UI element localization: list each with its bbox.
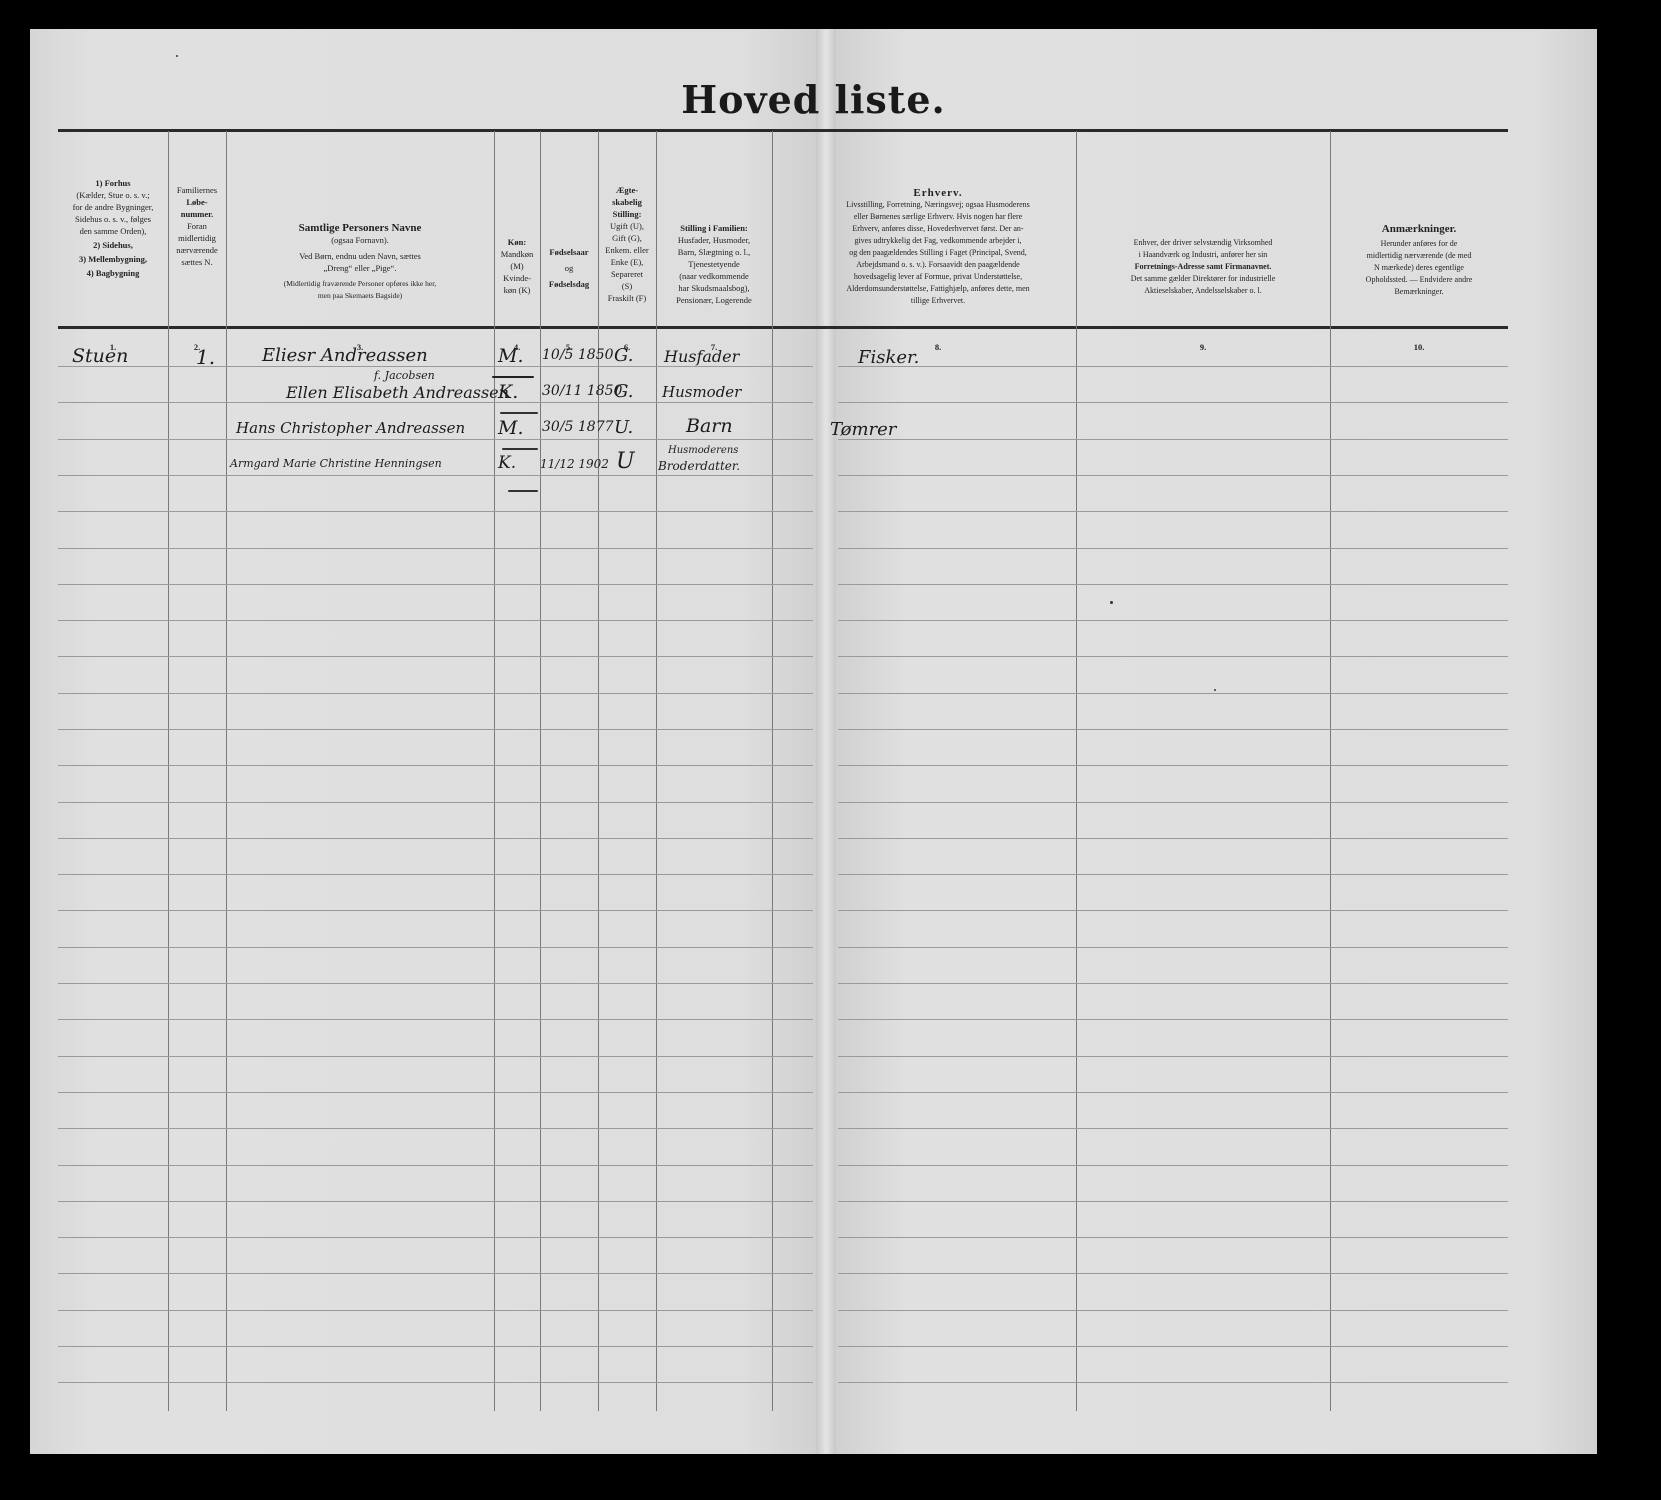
row-rule <box>838 1128 1508 1129</box>
row-rule <box>838 656 1508 657</box>
row-rule <box>838 1382 1508 1383</box>
row-rule <box>838 1056 1508 1057</box>
row-rule <box>58 802 813 803</box>
row-rule <box>838 366 1508 367</box>
entry-birth: 11/12 1902 <box>540 457 609 471</box>
row-rule <box>58 402 813 403</box>
row-rule <box>838 620 1508 621</box>
column-number: 9. <box>1076 342 1330 352</box>
entry-birth: 10/5 1850 <box>542 347 614 363</box>
entry-name-note: f. Jacobsen <box>374 369 435 382</box>
row-rule <box>838 439 1508 440</box>
pen-stroke <box>500 412 538 414</box>
row-rule <box>58 1237 813 1238</box>
row-rule <box>838 402 1508 403</box>
row-rule <box>838 1237 1508 1238</box>
row-rule <box>838 947 1508 948</box>
entry-occupation: Tømrer <box>830 419 896 440</box>
row-rule <box>58 729 813 730</box>
row-rule <box>838 802 1508 803</box>
row-rule <box>58 1092 813 1093</box>
pen-stroke <box>492 376 534 378</box>
row-rule <box>58 1056 813 1057</box>
entry-marital-status: G. <box>614 381 633 402</box>
entry-name: Ellen Elisabeth Andreassen <box>286 383 509 402</box>
row-rule <box>838 1019 1508 1020</box>
row-rule <box>838 584 1508 585</box>
row-rule <box>58 838 813 839</box>
entry-name: Hans Christopher Andreassen <box>236 419 465 437</box>
row-rule <box>838 1346 1508 1347</box>
column-number: 10. <box>1330 342 1508 352</box>
entry-family-position: Broderdatter. <box>658 459 740 473</box>
row-rule <box>58 1201 813 1202</box>
column-header-3: Samtlige Personers Navne (ogsaa Fornavn)… <box>226 222 494 302</box>
entry-marital-status: G. <box>614 345 633 366</box>
column-header-8: Erhverv. Livsstilling, Forretning, Nærin… <box>800 187 1076 307</box>
row-rule <box>838 511 1508 512</box>
entry-birth: 30/11 1850 <box>542 383 622 399</box>
row-rule <box>838 983 1508 984</box>
row-rule <box>838 729 1508 730</box>
row-rule <box>838 1201 1508 1202</box>
row-rule <box>838 910 1508 911</box>
row-rule <box>58 1310 813 1311</box>
census-form-page: Hoved liste. 1) Forhus (Kælder, Stue o. … <box>30 29 1597 1454</box>
row-rule <box>838 838 1508 839</box>
column-header-5: Fødselsaar og Fødselsdag <box>540 244 598 292</box>
entry-name: Eliesr Andreassen <box>262 345 428 366</box>
row-rule <box>58 693 813 694</box>
column-header-10: Anmærkninger. Herunder anføres for de mi… <box>1330 223 1508 298</box>
row-rule <box>838 1310 1508 1311</box>
row-rule <box>58 439 813 440</box>
row-rule <box>838 1165 1508 1166</box>
row-rule <box>58 656 813 657</box>
row-rule <box>58 584 813 585</box>
entry-building: Stuen <box>72 345 128 367</box>
row-rule <box>838 1092 1508 1093</box>
column-divider <box>1330 131 1331 1411</box>
entry-family-position-note: Husmoderens <box>668 445 738 456</box>
column-divider <box>772 131 773 1411</box>
column-header-1: 1) Forhus (Kælder, Stue o. s. v.; for de… <box>58 177 168 279</box>
entry-sex: K. <box>498 453 516 473</box>
paper-speck <box>1110 601 1113 604</box>
entry-marital-status: U. <box>614 417 633 438</box>
entry-family-position: Husfader <box>664 347 739 366</box>
row-rule <box>58 366 813 367</box>
paper-speck <box>1214 689 1216 691</box>
paper-speck <box>176 55 178 57</box>
entry-birth: 30/5 1877 <box>542 419 614 435</box>
entry-family-position: Barn <box>686 415 733 437</box>
column-header-2: Familiernes Løbe- nummer. Foran midlerti… <box>168 184 226 268</box>
column-header-9: Enhver, der driver selvstændig Virksomhe… <box>1076 237 1330 297</box>
column-number: 8. <box>800 342 1076 352</box>
row-rule <box>838 548 1508 549</box>
entry-marital-status: U <box>616 449 635 474</box>
row-rule <box>838 1273 1508 1274</box>
header-top-rule <box>58 129 1508 132</box>
entry-sex: M. <box>498 417 524 439</box>
row-rule <box>58 983 813 984</box>
column-divider <box>656 131 657 1411</box>
row-rule <box>58 1165 813 1166</box>
pen-stroke <box>508 490 538 492</box>
column-header-6: Ægte- skabelig Stilling: Ugift (U), Gift… <box>598 184 656 304</box>
column-divider <box>226 131 227 1411</box>
row-rule <box>58 548 813 549</box>
column-header-7: Stilling i Familien: Husfader, Husmoder,… <box>656 222 772 306</box>
row-rule <box>58 765 813 766</box>
entry-name: Armgard Marie Christine Henningsen <box>230 457 442 470</box>
row-rule <box>838 874 1508 875</box>
row-rule <box>58 1382 813 1383</box>
row-rule <box>838 693 1508 694</box>
row-rule <box>838 765 1508 766</box>
entry-sex: M. <box>498 345 524 367</box>
row-rule <box>58 874 813 875</box>
column-divider <box>598 131 599 1411</box>
column-divider <box>168 131 169 1411</box>
entry-family-position: Husmoder <box>662 383 741 401</box>
row-rule <box>58 1273 813 1274</box>
row-rule <box>838 475 1508 476</box>
column-header-4: Køn: Mandkøn (M) Kvinde- køn (K) <box>494 236 540 296</box>
row-rule <box>58 1019 813 1020</box>
row-rule <box>58 620 813 621</box>
column-divider <box>540 131 541 1411</box>
entry-sex: K. <box>498 381 518 403</box>
header-bottom-rule <box>58 326 1508 329</box>
entry-occupation: Fisker. <box>858 347 919 368</box>
row-rule <box>58 1128 813 1129</box>
row-rule <box>58 910 813 911</box>
row-rule <box>58 947 813 948</box>
column-divider <box>1076 131 1077 1411</box>
row-rule <box>58 475 813 476</box>
row-rule <box>58 1346 813 1347</box>
form-title: Hoved liste. <box>30 77 1597 122</box>
pen-stroke <box>502 448 538 450</box>
row-rule <box>58 511 813 512</box>
column-divider <box>494 131 495 1411</box>
